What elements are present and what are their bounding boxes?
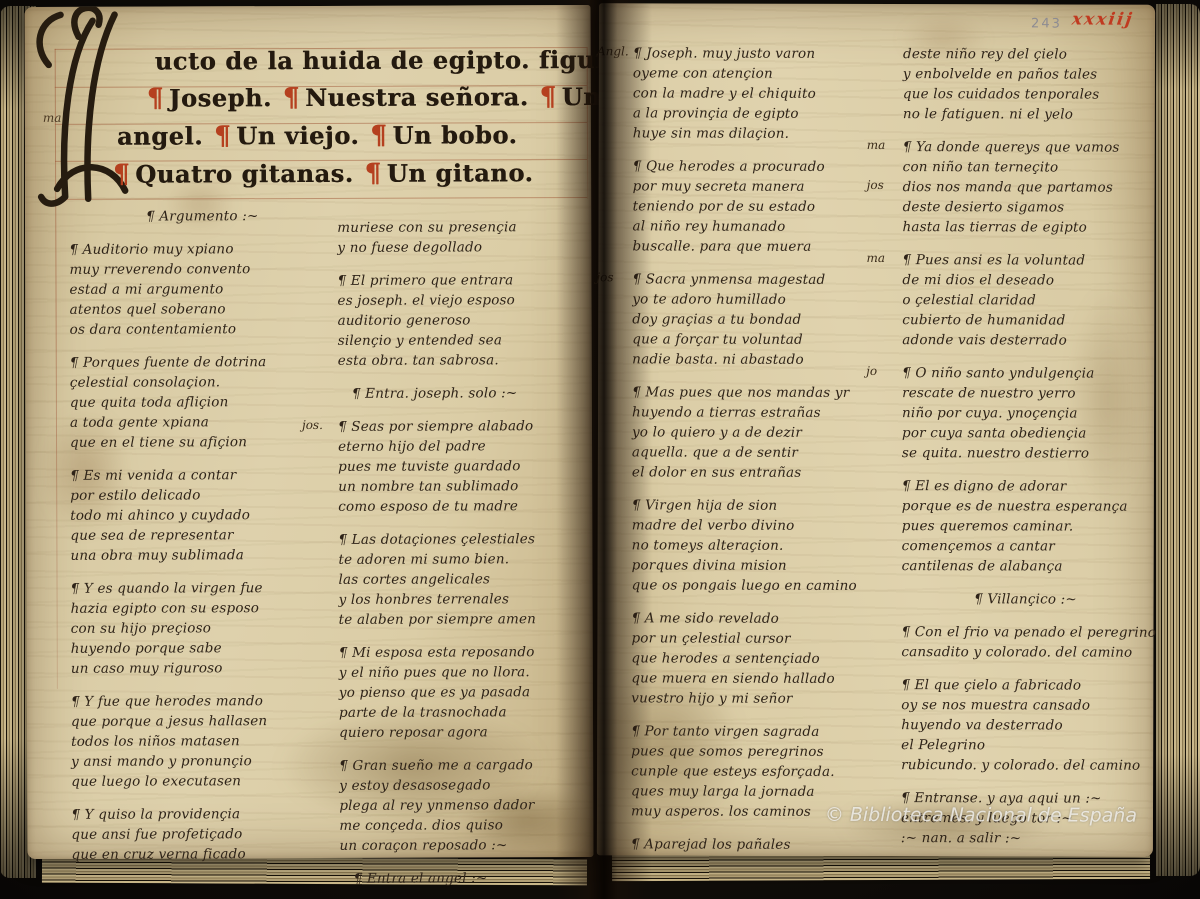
manuscript-line: ¶ O niño santo yndulgençia bbox=[902, 363, 1150, 384]
stanza: ¶ Que herodes a procuradopor muy secreta… bbox=[632, 156, 862, 257]
manuscript-line: ¶ A me sido revelado bbox=[631, 608, 861, 629]
manuscript-line: ¶ Argumento :~ bbox=[146, 206, 258, 226]
manuscript-line: porques divina mision bbox=[632, 555, 862, 576]
manuscript-line: yo lo quiero y a de dezir bbox=[632, 422, 862, 443]
manuscript-line: atentos quel soberano bbox=[70, 299, 336, 320]
stanza: ¶ Aparejad los pañales bbox=[631, 834, 861, 855]
stanza: ¶ Virgen hija de sionmadre del verbo div… bbox=[632, 495, 862, 596]
manuscript-line: plega al rey ynmenso dador bbox=[339, 795, 595, 816]
manuscript-line: que luego lo executasen bbox=[71, 771, 337, 792]
manuscript-line: que sea de representar bbox=[70, 525, 336, 546]
manuscript-line: el dolor en sus entrañas bbox=[632, 462, 862, 483]
manuscript-line: un nombre tan sublimado bbox=[338, 476, 594, 497]
manuscript-line: :~ nan. a salir :~ bbox=[901, 828, 1149, 849]
manuscript-line: oy se nos muestra cansado bbox=[901, 695, 1149, 716]
manuscript-line: buscalle. para que muera bbox=[632, 236, 862, 257]
manuscript-line: ¶ Que herodes a procurado bbox=[633, 156, 863, 177]
manuscript-line: y ansi mando y pronunçio bbox=[71, 751, 337, 772]
manuscript-line: ¶ Y quiso la providençia bbox=[71, 804, 337, 825]
manuscript-line: yo te adoro humillado bbox=[632, 289, 862, 310]
page-edges-bottom-right bbox=[612, 853, 1150, 881]
manuscript-line: ¶ Aparejad los pañales bbox=[631, 834, 861, 855]
title-line: angel. ¶Un viejo. ¶Un bobo. bbox=[111, 116, 587, 156]
speaker-label: Angl. bbox=[597, 44, 629, 58]
title-text: Joseph. bbox=[169, 83, 281, 112]
manuscript-line: teniendo por de su estado bbox=[633, 196, 863, 217]
manuscript-line: ¶ Mas pues que nos mandas yr bbox=[632, 382, 862, 403]
folio-number-pencil: 243 bbox=[1031, 16, 1062, 31]
manuscript-line: ¶ Pues ansi es la voluntad bbox=[902, 250, 1150, 271]
manuscript-line: un coraçon reposado :~ bbox=[339, 835, 595, 856]
speaker-label: jo bbox=[866, 364, 877, 378]
manuscript-line: ¶ Gran sueño me a cargado bbox=[339, 755, 595, 776]
stanza: ¶ Y quiso la providençiaque ansi fue pro… bbox=[71, 804, 337, 865]
manuscript-line: ¶ Porques fuente de dotrina bbox=[70, 352, 336, 373]
title-text: Nuestra señora. bbox=[305, 82, 538, 112]
manuscript-line: no tomeys alteraçion. bbox=[632, 535, 862, 556]
manuscript-line: os dara contentamiento bbox=[70, 319, 336, 340]
manuscript-line: te alaben por siempre amen bbox=[339, 609, 595, 630]
manuscript-line: auditorio generoso bbox=[338, 310, 594, 331]
manuscript-line: que herodes a sentençiado bbox=[631, 648, 861, 669]
manuscript-line: las cortes angelicales bbox=[338, 569, 594, 590]
title-line: ¶Quatro gitanas. ¶Un gitano. bbox=[111, 154, 587, 194]
manuscript-line: cubierto de humanidad bbox=[902, 310, 1150, 331]
manuscript-line: ¶ Y fue que herodes mando bbox=[71, 691, 337, 712]
manuscript-line: se quita. nuestro destierro bbox=[902, 443, 1150, 464]
manuscript-line: eterno hijo del padre bbox=[338, 436, 594, 457]
manuscript-line: dios nos manda que partamos bbox=[903, 177, 1151, 198]
stanza: ¶ Es mi venida a contarpor estilo delica… bbox=[70, 465, 336, 566]
stanza: ¶ Con el frio va penado el peregrinocans… bbox=[901, 622, 1149, 663]
right-page: 243 xxxiij Angl.¶ Joseph. muy justo varo… bbox=[597, 3, 1155, 856]
title-text: Un gitano. bbox=[387, 158, 534, 188]
manuscript-line: una obra muy sublimada bbox=[70, 545, 336, 566]
manuscript-line: que os pongais luego en camino bbox=[632, 575, 862, 596]
pilcrow-mark: ¶ bbox=[540, 82, 557, 112]
library-watermark: © Biblioteca Nacional de España bbox=[825, 804, 1137, 827]
stanza: muriese con su presençiay no fuese degol… bbox=[337, 217, 593, 258]
stanza: ¶ Mas pues que nos mandas yrhuyendo a ti… bbox=[632, 382, 862, 483]
page-edges-right bbox=[1156, 4, 1200, 876]
stanza: ma¶ Pues ansi es la voluntadde mi dios e… bbox=[902, 250, 1150, 351]
manuscript-line: ¶ Las dotaçiones çelestiales bbox=[338, 529, 594, 550]
stage-direction: ¶ Entra el angel :~ bbox=[340, 868, 596, 889]
manuscript-line: deste niño rey del çielo bbox=[903, 44, 1151, 65]
manuscript-line: el Pelegrino bbox=[901, 735, 1149, 756]
manuscript-line: por muy secreta manera bbox=[633, 176, 863, 197]
manuscript-line: no le fatiguen. ni el yelo bbox=[903, 104, 1151, 125]
manuscript-line: ¶ Auditorio muy xpiano bbox=[69, 239, 335, 260]
manuscript-line: madre del verbo divino bbox=[632, 515, 862, 536]
manuscript-line: ¶ Mi esposa esta reposando bbox=[339, 642, 595, 663]
manuscript-line: que muera en siendo hallado bbox=[631, 668, 861, 689]
stanza: ¶ Y fue que herodes mandoque porque a je… bbox=[71, 691, 337, 792]
stage-direction: ¶ Entra. joseph. solo :~ bbox=[338, 383, 594, 404]
manuscript-line: o çelestial claridad bbox=[902, 290, 1150, 311]
title-text: Un bobo. bbox=[392, 120, 517, 149]
margin-note: ma bbox=[43, 111, 62, 125]
speaker-label: ma bbox=[867, 138, 886, 152]
manuscript-line: parte de la trasnochada bbox=[339, 702, 595, 723]
manuscript-line: hazia egipto con su esposo bbox=[71, 598, 337, 619]
manuscript-line: quiero reposar agora bbox=[339, 722, 595, 743]
manuscript-line: rubicundo. y colorado. del camino bbox=[901, 755, 1149, 776]
manuscript-line: yo pienso que es ya pasada bbox=[339, 682, 595, 703]
manuscript-line: y no fuese degollado bbox=[337, 237, 593, 258]
stanza: ¶ A me sido reveladopor un çelestial cur… bbox=[631, 608, 861, 709]
manuscript-line: que ansi fue profetiçado bbox=[71, 824, 337, 845]
manuscript-line: con su hijo preçioso bbox=[71, 618, 337, 639]
speaker-label: ma bbox=[866, 251, 885, 265]
stanza: ¶ Y es quando la virgen fuehazia egipto … bbox=[71, 578, 337, 679]
manuscript-line: por un çelestial cursor bbox=[631, 628, 861, 649]
title-text: Un viejo. bbox=[236, 121, 368, 150]
manuscript-line: que a forçar tu voluntad bbox=[632, 329, 862, 350]
manuscript-line: hasta las tierras de egipto bbox=[903, 217, 1151, 238]
manuscript-line: oyeme con atençion bbox=[633, 63, 863, 84]
stanza: ¶ El primero que entraraes joseph. el vi… bbox=[337, 270, 593, 371]
stanza-heading: ¶ Argumento :~ bbox=[146, 206, 258, 226]
manuscript-line: pues me tuviste guardado bbox=[338, 456, 594, 477]
stanza: ¶ Porques fuente de dotrinaçelestial con… bbox=[70, 352, 336, 453]
manuscript-line: rescate de nuestro yerro bbox=[902, 383, 1150, 404]
manuscript-line: ¶ El primero que entrara bbox=[337, 270, 593, 291]
manuscript-line: que porque a jesus hallasen bbox=[71, 711, 337, 732]
stanza-heading: ¶ Villançico :~ bbox=[974, 589, 1077, 609]
manuscript-line: con la madre y el chiquito bbox=[633, 83, 863, 104]
manuscript-line: por cuya santa obediençia bbox=[902, 423, 1150, 444]
manuscript-line: doy graçias a tu bondad bbox=[632, 309, 862, 330]
title-line: ¶Joseph. ¶Nuestra señora. ¶Un bbox=[111, 78, 587, 118]
manuscript-line: pues que somos peregrinos bbox=[631, 741, 861, 762]
manuscript-line: deste desierto sigamos bbox=[903, 197, 1151, 218]
text-column-right-2: deste niño rey del çieloy enbolvelde en … bbox=[901, 44, 1151, 849]
pilcrow-mark: ¶ bbox=[365, 159, 382, 189]
manuscript-line: començemos a cantar bbox=[902, 536, 1150, 557]
manuscript-line: ¶ Sacra ynmensa magestad bbox=[632, 269, 862, 290]
stanza: jo¶ O niño santo yndulgençiarescate de n… bbox=[902, 363, 1150, 464]
stanza: ¶ El es digno de adorarporque es de nues… bbox=[902, 476, 1150, 577]
manuscript-line: de mi dios el deseado bbox=[902, 270, 1150, 291]
manuscript-line: ¶ Por tanto virgen sagrada bbox=[631, 721, 861, 742]
manuscript-line: vuestro hijo y mi señor bbox=[631, 688, 861, 709]
speaker-label: jos. bbox=[302, 418, 323, 432]
text-column-right-1: Angl.¶ Joseph. muy justo varonoyeme con … bbox=[631, 43, 863, 855]
manuscript-line: ¶ Y es quando la virgen fue bbox=[71, 578, 337, 599]
manuscript-line: cansadito y colorado. del camino bbox=[901, 642, 1149, 663]
manuscript-line: que en cruz verna ficado bbox=[71, 844, 337, 865]
ruled-line bbox=[55, 197, 587, 200]
manuscript-line: ¶ Con el frio va penado el peregrino bbox=[901, 622, 1149, 643]
manuscript-line: porque es de nuestra esperança bbox=[902, 496, 1150, 517]
title-text: angel. bbox=[117, 121, 212, 150]
manuscript-line: te adoren mi sumo bien. bbox=[338, 549, 594, 570]
manuscript-line: huyendo va desterrado bbox=[901, 715, 1149, 736]
title-line: ucto de la huida de egipto. figuras. bbox=[111, 41, 587, 80]
stanza: deste niño rey del çieloy enbolvelde en … bbox=[903, 44, 1151, 125]
title-text: Quatro gitanas. bbox=[135, 159, 362, 189]
left-page: A ma ucto de la huida de egipto. figuras… bbox=[25, 5, 594, 859]
manuscript-photo: A ma ucto de la huida de egipto. figuras… bbox=[0, 0, 1200, 899]
manuscript-line: cunple que esteys esforçada. bbox=[631, 761, 861, 782]
manuscript-line: adonde vais desterrado bbox=[902, 330, 1150, 351]
manuscript-line: aquella. que a de sentir bbox=[632, 442, 862, 463]
manuscript-line: ¶ Entra. joseph. solo :~ bbox=[352, 383, 594, 404]
text-column-argumento: ¶ Argumento :~¶ Auditorio muy xpianomuy … bbox=[69, 206, 337, 865]
pilcrow-mark: ¶ bbox=[214, 121, 231, 151]
folio-number-red: xxxiij bbox=[1070, 10, 1134, 30]
title-block: ucto de la huida de egipto. figuras.¶Jos… bbox=[111, 41, 588, 194]
manuscript-line: ¶ El es digno de adorar bbox=[902, 476, 1150, 497]
manuscript-line: huyendo porque sabe bbox=[71, 638, 337, 659]
manuscript-line: huye sin mas dilaçion. bbox=[633, 123, 863, 144]
stanza: jos.¶ Seas por siempre alabadoeterno hij… bbox=[338, 416, 594, 517]
manuscript-line: muriese con su presençia bbox=[337, 217, 593, 238]
manuscript-line: todos los niños matasen bbox=[71, 731, 337, 752]
stanza: josdios nos manda que partamosdeste desi… bbox=[903, 177, 1151, 238]
manuscript-line: muy rreverendo convento bbox=[69, 259, 335, 280]
stanza: ma¶ Ya donde quereys que vamoscon niño t… bbox=[903, 137, 1151, 178]
stanza: ¶ Las dotaçiones çelestialeste adoren mi… bbox=[338, 529, 594, 630]
manuscript-line: cantilenas de alabança bbox=[902, 556, 1150, 577]
stanza: ¶ Auditorio muy xpianomuy rreverendo con… bbox=[69, 239, 335, 340]
stanza: ¶ Mi esposa esta reposandoy el niño pues… bbox=[339, 642, 595, 743]
stanza: ¶ El que çielo a fabricadooy se nos mues… bbox=[901, 675, 1149, 776]
manuscript-line: y estoy desasosegado bbox=[339, 775, 595, 796]
stanza: ¶ Gran sueño me a cargadoy estoy desasos… bbox=[339, 755, 595, 856]
stanza: jos¶ Sacra ynmensa magestadyo te adoro h… bbox=[632, 269, 862, 370]
manuscript-line: çelestial consolaçion. bbox=[70, 372, 336, 393]
title-text: Un bbox=[562, 82, 602, 111]
manuscript-line: a toda gente xpiana bbox=[70, 412, 336, 433]
title-text: ucto de la huida de egipto. figuras. bbox=[155, 45, 648, 76]
manuscript-line: y enbolvelde en paños tales bbox=[903, 64, 1151, 85]
text-column-left-2: muriese con su presençiay no fuese degol… bbox=[337, 217, 595, 889]
manuscript-line: pues queremos caminar. bbox=[902, 516, 1150, 537]
manuscript-line: un caso muy riguroso bbox=[71, 658, 337, 679]
manuscript-line: ¶ Joseph. muy justo varon bbox=[633, 43, 863, 64]
manuscript-line: por estilo delicado bbox=[70, 485, 336, 506]
manuscript-line: ¶ El que çielo a fabricado bbox=[901, 675, 1149, 696]
manuscript-line: esta obra. tan sabrosa. bbox=[338, 350, 594, 371]
manuscript-line: ¶ Entra el angel :~ bbox=[354, 868, 596, 889]
speaker-label: jos bbox=[867, 178, 884, 192]
manuscript-line: ¶ Seas por siempre alabado bbox=[338, 416, 594, 437]
manuscript-line: ¶ Es mi venida a contar bbox=[70, 465, 336, 486]
manuscript-line: todo mi ahinco y cuydado bbox=[70, 505, 336, 526]
manuscript-line: y el niño pues que no llora. bbox=[339, 662, 595, 683]
manuscript-line: silençio y entended sea bbox=[338, 330, 594, 351]
manuscript-line: que los cuidados tenporales bbox=[903, 84, 1151, 105]
manuscript-line: niño por cuya. ynoçençia bbox=[902, 403, 1150, 424]
manuscript-line: ¶ Virgen hija de sion bbox=[632, 495, 862, 516]
manuscript-line: estad a mi argumento bbox=[69, 279, 335, 300]
manuscript-line: es joseph. el viejo esposo bbox=[338, 290, 594, 311]
manuscript-line: con niño tan terneçito bbox=[903, 157, 1151, 178]
manuscript-line: y los honbres terrenales bbox=[339, 589, 595, 610]
pilcrow-mark: ¶ bbox=[147, 84, 164, 114]
stanza: Angl.¶ Joseph. muy justo varonoyeme con … bbox=[633, 43, 863, 144]
manuscript-line: huyendo a tierras estrañas bbox=[632, 402, 862, 423]
manuscript-line: al niño rey humanado bbox=[633, 216, 863, 237]
pilcrow-mark: ¶ bbox=[370, 121, 387, 151]
manuscript-line: que en el tiene su afiçion bbox=[70, 432, 336, 453]
manuscript-line: a la provinçia de egipto bbox=[633, 103, 863, 124]
pilcrow-mark: ¶ bbox=[283, 83, 300, 113]
manuscript-line: ¶ Ya donde quereys que vamos bbox=[903, 137, 1151, 158]
manuscript-line: ques muy larga la jornada bbox=[631, 781, 861, 802]
manuscript-line: ¶ Villançico :~ bbox=[974, 589, 1077, 609]
speaker-label: jos bbox=[596, 270, 613, 284]
manuscript-line: como esposo de tu madre bbox=[338, 496, 594, 517]
manuscript-line: que quita toda afliçion bbox=[70, 392, 336, 413]
manuscript-line: nadie basta. ni abastado bbox=[632, 349, 862, 370]
manuscript-line: me conçeda. dios quiso bbox=[339, 815, 595, 836]
pilcrow-mark: ¶ bbox=[113, 160, 130, 190]
